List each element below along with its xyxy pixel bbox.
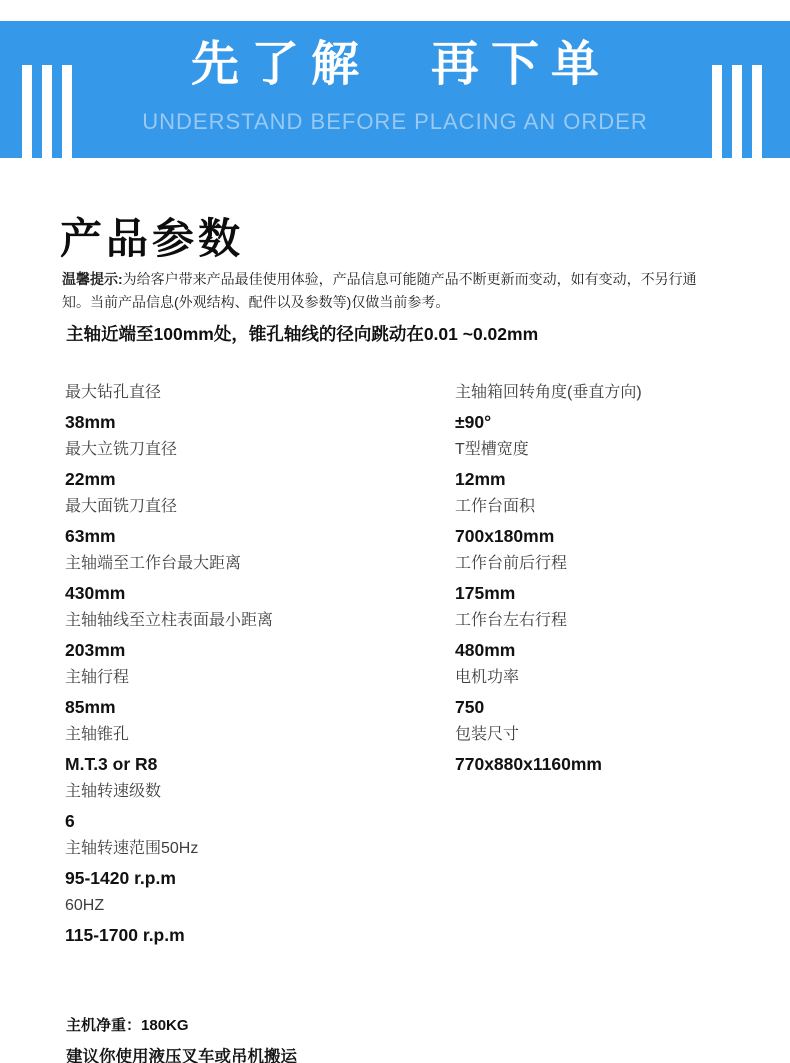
spec-label: 主轴轴线至立柱表面最小距离 <box>65 607 445 636</box>
banner-title: 先了解 再下单 <box>0 37 790 93</box>
spec-value: 115-1700 r.p.m <box>65 921 445 950</box>
spec-item: 主轴端至工作台最大距离 430mm <box>65 550 445 607</box>
spec-label: 60HZ <box>65 892 445 921</box>
spec-item: 主轴转速级数 6 <box>65 778 445 835</box>
notice-line-2: 知。当前产品信息(外观结构、配件以及参数等)仅做当前参考。 <box>62 291 762 314</box>
banner-subtitle: UNDERSTAND BEFORE PLACING AN ORDER <box>0 107 790 137</box>
spec-item: 最大面铣刀直径 63mm <box>65 493 445 550</box>
net-weight-label: 主机净重： <box>66 1017 141 1034</box>
notice-prefix: 温馨提示: <box>62 271 123 287</box>
spec-item: 60HZ 115-1700 r.p.m <box>65 892 445 949</box>
tolerance-headline: 主轴近端至100mm处，锥孔轴线的径向跳动在0.01 ~0.02mm <box>66 321 766 346</box>
spec-label: 工作台前后行程 <box>455 550 775 579</box>
spec-value: 38mm <box>65 408 445 437</box>
spec-value: 12mm <box>455 465 775 494</box>
spec-item: 主轴箱回转角度(垂直方向) ±90° <box>455 379 775 436</box>
promo-banner: 先了解 再下单 UNDERSTAND BEFORE PLACING AN ORD… <box>0 21 790 158</box>
spec-value: 6 <box>65 807 445 836</box>
spec-item: 最大钻孔直径 38mm <box>65 379 445 436</box>
notice-text-1: 为给客户带来产品最佳使用体验，产品信息可能随产品不断更新而变动，如有变动，不另行… <box>123 271 697 287</box>
spec-value: 430mm <box>65 579 445 608</box>
spec-value: 22mm <box>65 465 445 494</box>
spec-item: T型槽宽度 12mm <box>455 436 775 493</box>
spec-value: 95-1420 r.p.m <box>65 864 445 893</box>
spec-label: 工作台左右行程 <box>455 607 775 636</box>
triple-bars-right-icon <box>712 65 762 158</box>
spec-label: 主轴行程 <box>65 664 445 693</box>
spec-label: 主轴锥孔 <box>65 721 445 750</box>
spec-column-right: 主轴箱回转角度(垂直方向) ±90° T型槽宽度 12mm 工作台面积 700x… <box>455 379 775 778</box>
spec-item: 主轴轴线至立柱表面最小距离 203mm <box>65 607 445 664</box>
spec-label: 最大立铣刀直径 <box>65 436 445 465</box>
spec-value: 63mm <box>65 522 445 551</box>
spec-value: 480mm <box>455 636 775 665</box>
spec-column-left: 最大钻孔直径 38mm 最大立铣刀直径 22mm 最大面铣刀直径 63mm 主轴… <box>65 379 445 949</box>
notice-line-1: 温馨提示:为给客户带来产品最佳使用体验，产品信息可能随产品不断更新而变动，如有变… <box>62 268 762 291</box>
spec-value: 700x180mm <box>455 522 775 551</box>
spec-value: ±90° <box>455 408 775 437</box>
spec-label: 包装尺寸 <box>455 721 775 750</box>
spec-label: 主轴转速级数 <box>65 778 445 807</box>
spec-label: T型槽宽度 <box>455 436 775 465</box>
spec-label: 主轴转速范围50Hz <box>65 835 445 864</box>
spec-item: 主轴锥孔 M.T.3 or R8 <box>65 721 445 778</box>
spec-item: 工作台前后行程 175mm <box>455 550 775 607</box>
spec-label: 最大面铣刀直径 <box>65 493 445 522</box>
spec-value: 175mm <box>455 579 775 608</box>
spec-value: 770x880x1160mm <box>455 750 775 779</box>
spec-item: 主轴行程 85mm <box>65 664 445 721</box>
spec-value: M.T.3 or R8 <box>65 750 445 779</box>
spec-label: 最大钻孔直径 <box>65 379 445 408</box>
spec-label: 电机功率 <box>455 664 775 693</box>
spec-label: 主轴箱回转角度(垂直方向) <box>455 379 775 408</box>
page-title: 产品参数 <box>60 206 244 266</box>
spec-value: 203mm <box>65 636 445 665</box>
spec-item: 电机功率 750 <box>455 664 775 721</box>
spec-item: 工作台面积 700x180mm <box>455 493 775 550</box>
spec-item: 最大立铣刀直径 22mm <box>65 436 445 493</box>
net-weight-value: 180KG <box>141 1017 189 1034</box>
spec-item: 包装尺寸 770x880x1160mm <box>455 721 775 778</box>
spec-value: 85mm <box>65 693 445 722</box>
net-weight-line: 主机净重：180KG <box>66 1014 189 1035</box>
spec-label: 工作台面积 <box>455 493 775 522</box>
spec-item: 工作台左右行程 480mm <box>455 607 775 664</box>
handling-note: 建议你使用液压叉车或吊机搬运 <box>66 1045 297 1063</box>
spec-label: 主轴端至工作台最大距离 <box>65 550 445 579</box>
spec-value: 750 <box>455 693 775 722</box>
notice-paragraph: 温馨提示:为给客户带来产品最佳使用体验，产品信息可能随产品不断更新而变动，如有变… <box>62 268 762 313</box>
spec-item: 主轴转速范围50Hz 95-1420 r.p.m <box>65 835 445 892</box>
